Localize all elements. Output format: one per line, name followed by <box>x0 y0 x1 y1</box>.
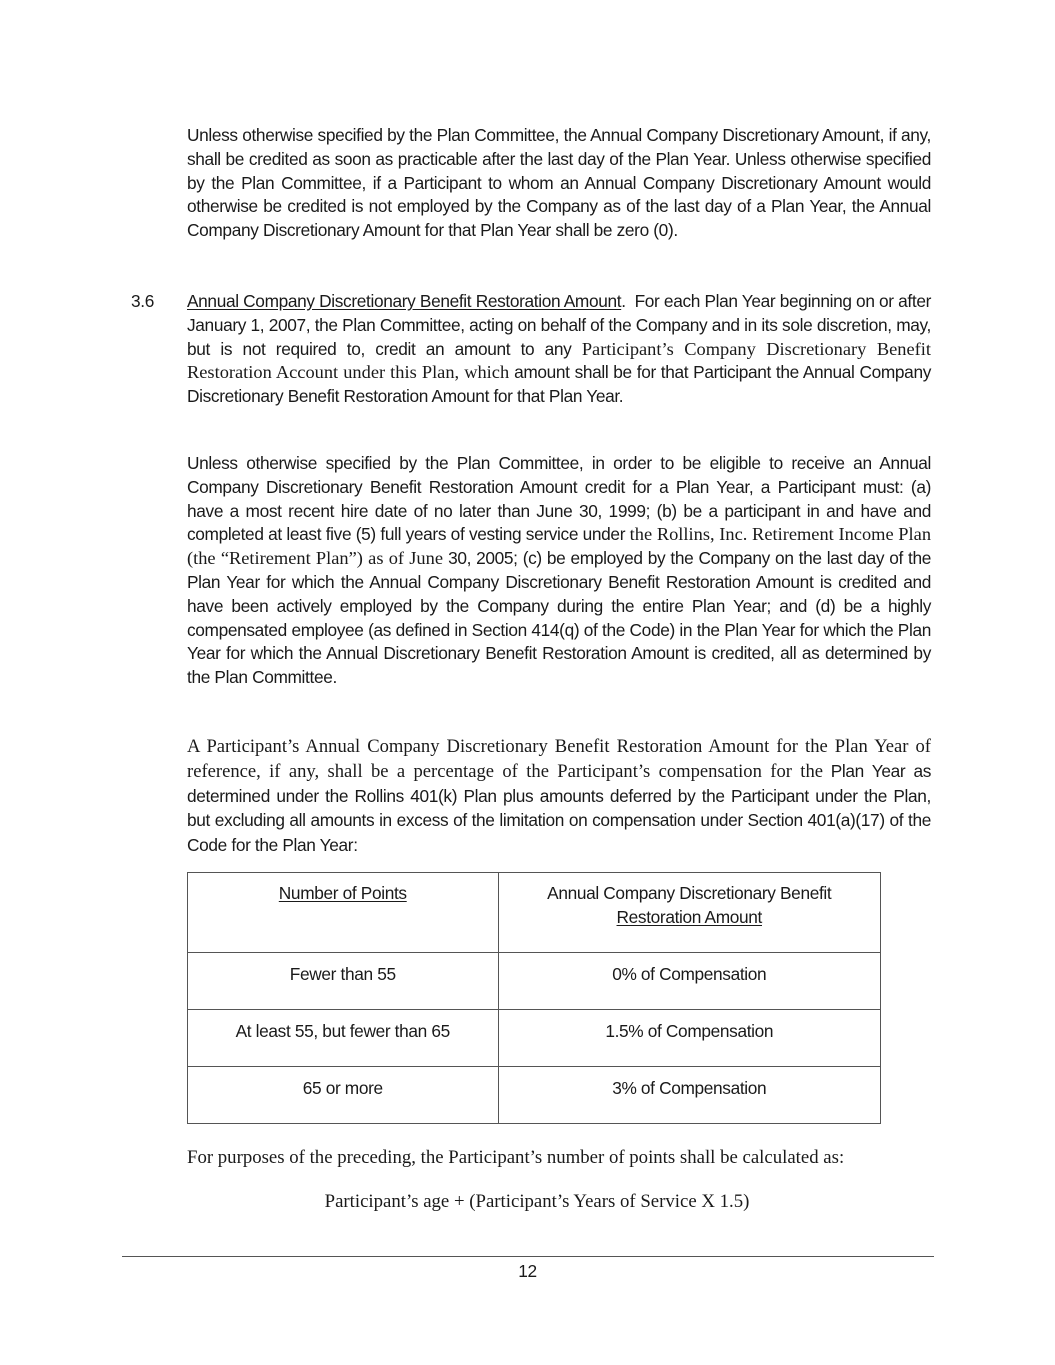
table-row: Fewer than 55 0% of Compensation <box>188 953 881 1010</box>
points-formula: Participant’s age + (Participant’s Years… <box>130 1191 944 1213</box>
header-points: Number of Points <box>188 873 499 953</box>
cell-points: 65 or more <box>188 1067 499 1124</box>
header-amount: Annual Company Discretionary BenefitRest… <box>498 873 880 953</box>
section-heading: Annual Company Discretionary Benefit Res… <box>187 291 621 311</box>
cell-amount: 0% of Compensation <box>498 953 880 1010</box>
amount-serif-part: A Participant’s Annual Company Discretio… <box>187 736 931 782</box>
points-intro: For purposes of the preceding, the Parti… <box>187 1147 844 1169</box>
eligibility-part-2: 30, 2005; (c) be employed by the Company… <box>187 548 931 687</box>
table-row: 65 or more 3% of Compensation <box>188 1067 881 1124</box>
eligibility-paragraph: Unless otherwise specified by the Plan C… <box>187 452 931 690</box>
section-3-6-paragraph: Annual Company Discretionary Benefit Res… <box>187 290 931 409</box>
cell-points: At least 55, but fewer than 65 <box>188 1010 499 1067</box>
carryover-paragraph: Unless otherwise specified by the Plan C… <box>187 124 931 243</box>
section-number: 3.6 <box>131 290 154 314</box>
table-row: At least 55, but fewer than 65 1.5% of C… <box>188 1010 881 1067</box>
points-table: Number of Points Annual Company Discreti… <box>187 872 881 1124</box>
amount-paragraph: A Participant’s Annual Company Discretio… <box>187 735 931 859</box>
section-heading-punct: . <box>621 291 625 311</box>
table-header-row: Number of Points Annual Company Discreti… <box>188 873 881 953</box>
cell-amount: 1.5% of Compensation <box>498 1010 880 1067</box>
cell-amount: 3% of Compensation <box>498 1067 880 1124</box>
page-number: 12 <box>0 1261 1055 1282</box>
cell-points: Fewer than 55 <box>188 953 499 1010</box>
document-page: Unless otherwise specified by the Plan C… <box>0 0 1055 1365</box>
footer-divider <box>122 1256 934 1257</box>
